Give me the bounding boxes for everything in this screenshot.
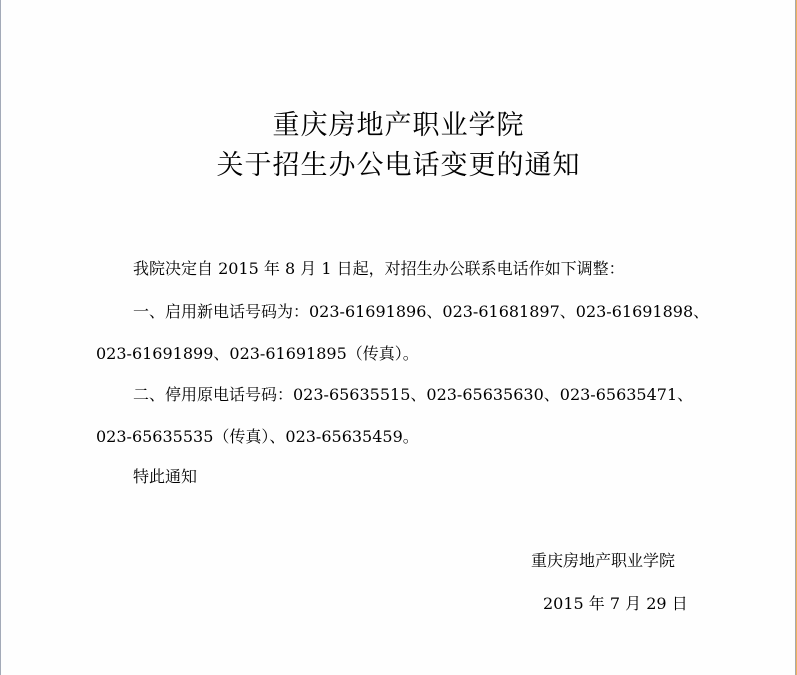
signature-organization: 重庆房地产职业学院 [531,551,675,571]
paragraph-new-numbers-line1: 一、启用新电话号码为：023-61691896、023-61681897、023… [133,302,709,322]
paragraph-new-numbers-line2: 023-61691899、023-61691895（传真）。 [96,344,419,364]
signature-date: 2015 年 7 月 29 日 [543,594,688,614]
paragraph-old-numbers-line1: 二、停用原电话号码：023-65635515、023-65635630、023-… [133,385,693,405]
page-left-border [0,0,1,675]
document-title-organization: 重庆房地产职业学院 [0,110,797,142]
document-page: 重庆房地产职业学院 关于招生办公电话变更的通知 我院决定自 2015 年 8 月… [0,0,797,675]
paragraph-old-numbers-line2: 023-65635535（传真）、023-65635459。 [96,427,419,447]
paragraph-intro: 我院决定自 2015 年 8 月 1 日起，对招生办公联系电话作如下调整： [133,259,625,279]
document-title-subject: 关于招生办公电话变更的通知 [0,150,797,182]
paragraph-closing: 特此通知 [133,467,197,487]
